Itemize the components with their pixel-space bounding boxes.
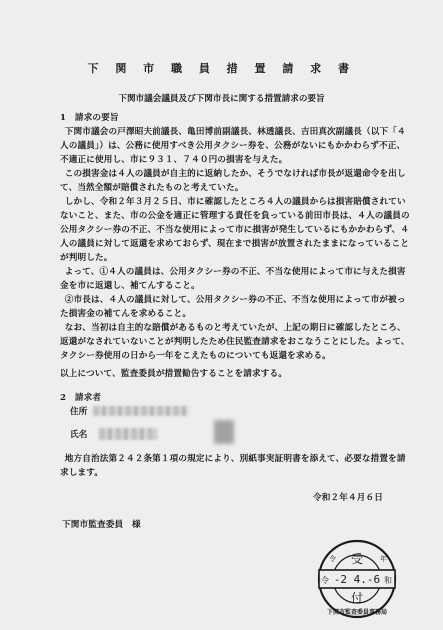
body-line: タクシー券使用の日から一年をこえたものについても返還を求める。 (60, 352, 331, 361)
svg-text:令: 令 (321, 575, 329, 585)
svg-text:和: 和 (384, 575, 392, 585)
stamp-office-name: 下関市監査委員事務局 (327, 608, 387, 616)
svg-text:年: 年 (380, 554, 387, 563)
address-label: 住所 (70, 408, 88, 417)
document-date: 令和２年４月６日 (313, 494, 383, 503)
scanned-document-page: 下 関 市 職 員 措 置 請 求 書 下関市議会議員及び下関市長に関する措置請… (0, 0, 443, 630)
body-line: しかし、令和２年３月２５日、市に確認したところ４人の議員からは損害賠償されてい (56, 198, 406, 207)
document-title: 下 関 市 職 員 措 置 請 求 書 (0, 60, 443, 76)
addressee: 下関市監査委員 様 (62, 521, 141, 530)
body-line: 金を市に返還し、補てんすること。 (60, 282, 200, 291)
body-line: なお、当初は自主的な賠償があるものと考えていたが、上記の期日に確認したところ、 (56, 324, 406, 333)
body-line: 公用タクシー券の不正、不当な使用によって市に損害が発生しているにもかかわらず、４ (60, 226, 409, 235)
body-line: 返還がなされていないことが判明したため住民監査請求をおこなうことにした。よって、 (60, 338, 410, 347)
stamp-date: -2 4.-6 (334, 573, 380, 586)
body-line: 人の議員に対して返還を求めておらず、現在まで損害が放置されたままになっていること (60, 240, 409, 249)
body-line: ないこと、また、市の公金を適正に管理する責任を負っている前田市長は、４人の議員の (60, 212, 410, 221)
body-line: た損害金の補てんを求めること。 (60, 310, 191, 319)
body-line: て、当然全額が賠償されたものと考えていた。 (60, 184, 243, 193)
body-line: が判明した。 (60, 254, 112, 263)
stamp-receive-char: 受 (351, 552, 363, 566)
body-line: この損害金は４人の議員が自主的に返納したか、そうでなければ市長が返還命令を出し (56, 170, 406, 179)
request-conclusion: 以上について、監査委員が措置勧告することを請求する。 (60, 370, 287, 379)
name-label: 氏名 (70, 431, 88, 440)
receipt-stamp: 受 令 年 令 -2 4.-6 和 付 下関市監査委員事務局 (317, 539, 397, 619)
body-line: よって、①４人の議員は、公用タクシー券の不正、不当な使用によって市に与えた損害 (56, 268, 406, 277)
body-line: 不適正に使用し、市に９３１、７４０円の損害を与えた。 (60, 156, 287, 165)
statement-line: 求します。 (60, 469, 103, 478)
svg-text:令: 令 (329, 554, 336, 563)
statement-line: 地方自治法第２４２条第１項の規定により、別紙事実証明書を添えて、必要な措置を請 (56, 455, 406, 464)
redacted-address (93, 406, 189, 416)
body-line: ②市長は、４人の議員に対して、公用タクシー券の不正、不当な使用によって市が被っ (56, 296, 406, 305)
section-2-heading: 2 請求者 (60, 394, 101, 403)
section-1-heading: 1 請求の要旨 (60, 114, 119, 123)
body-line: 下関市議会の戸澤昭夫前議長、亀田博前副議長、林透議長、吉田真次副議長（以下「４ (56, 128, 406, 137)
document-subtitle: 下関市議会議員及び下関市長に関する措置請求の要旨 (0, 92, 443, 104)
redacted-name (99, 428, 157, 440)
redacted-seal (214, 420, 234, 444)
stamp-attach-char: 付 (351, 590, 363, 605)
body-line: 人の議員」）は、公務に使用すべき公用タクシー券を、公務がないにもかかわらず不正、 (60, 142, 405, 151)
